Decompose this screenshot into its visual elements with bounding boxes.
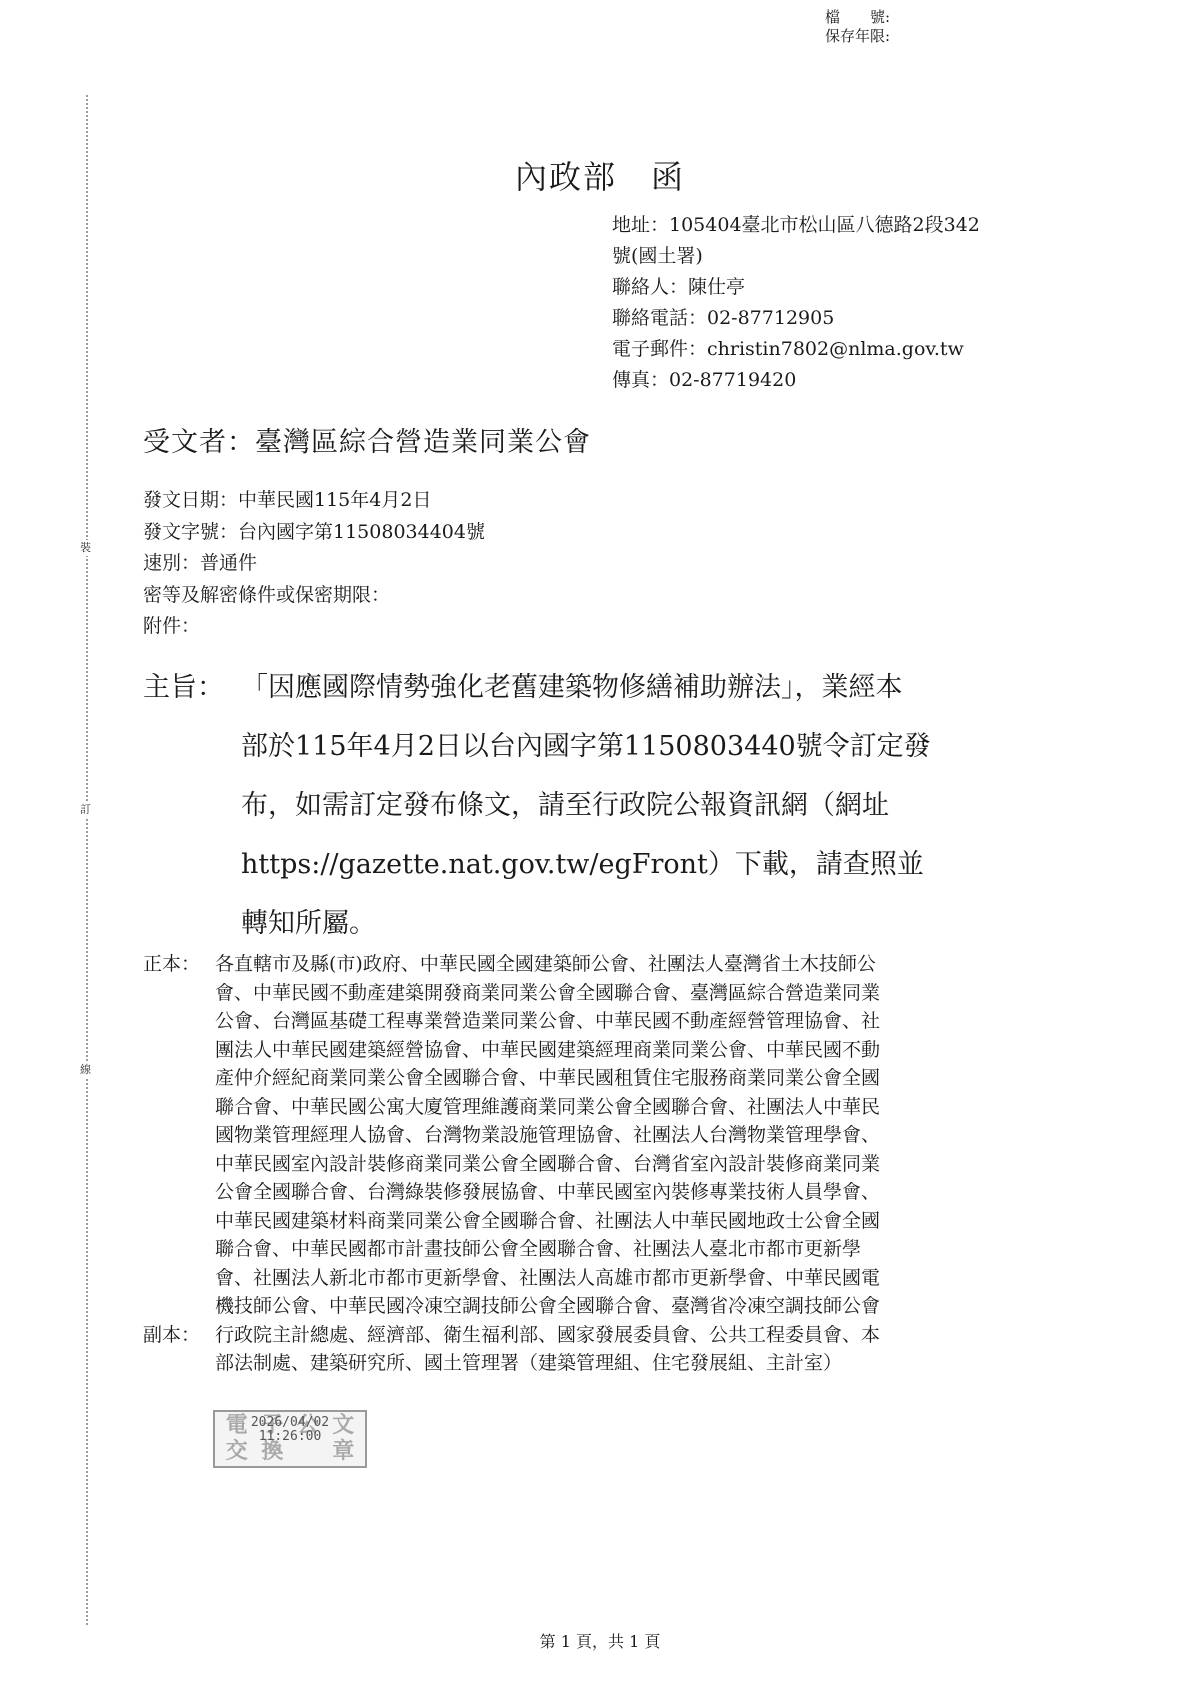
subject-line: 轉知所屬。 <box>243 894 1063 953</box>
sender-email: 電子郵件：christin7802@nlma.gov.tw <box>612 334 1072 365</box>
attachments: 附件： <box>143 611 485 643</box>
original-line: 各直轄市及縣(市)政府、中華民國全國建築師公會、社團法人臺灣省土木技師公 <box>215 950 1063 979</box>
original-line: 中華民國建築材料商業同業公會全國聯合會、社團法人中華民國地政士公會全國 <box>215 1207 1063 1236</box>
subject-line: 「因應國際情勢強化老舊建築物修繕補助辦法」，業經本 <box>243 658 1063 717</box>
original-line: 會、社團法人新北市都市更新學會、社團法人高雄市都市更新學會、中華民國電 <box>215 1264 1063 1293</box>
sender-phone: 聯絡電話：02-87712905 <box>612 303 1072 334</box>
binding-dotted-line <box>86 95 88 1625</box>
stamp-time: 11:26:00 <box>215 1430 365 1444</box>
original-line: 聯合會、中華民國公寓大廈管理維護商業同業公會全國聯合會、社團法人中華民 <box>215 1093 1063 1122</box>
original-line: 中華民國室內設計裝修商業同業公會全國聯合會、台灣省室內設計裝修商業同業 <box>215 1150 1063 1179</box>
file-meta: 檔 號: 保存年限: <box>825 8 890 46</box>
sender-fax: 傳真：02-87719420 <box>612 365 1072 396</box>
stamp-date: 2026/04/02 <box>215 1416 365 1430</box>
issue-date: 發文日期：中華民國115年4月2日 <box>143 485 485 517</box>
sender-address-cont: 號(國土署) <box>612 241 1072 272</box>
subject-line-url: https://gazette.nat.gov.tw/egFront）下載，請查… <box>243 835 1063 894</box>
document-title: 內政部 函 <box>0 152 1200 198</box>
original-recipients: 正本： 各直轄市及縣(市)政府、中華民國全國建築師公會、社團法人臺灣省土木技師公… <box>143 950 1063 1321</box>
electronic-exchange-stamp: 電 子 公 文 交 換 章 2026/04/02 11:26:00 <box>213 1410 367 1468</box>
document-fields: 發文日期：中華民國115年4月2日 發文字號：台內國字第11508034404號… <box>143 485 485 643</box>
original-line: 團法人中華民國建築經營協會、中華民國建築經理商業同業公會、中華民國不動 <box>215 1036 1063 1065</box>
original-line: 聯合會、中華民國都市計畫技師公會全國聯合會、社團法人臺北市都市更新學 <box>215 1235 1063 1264</box>
copy-recipients: 副本： 行政院主計總處、經濟部、衛生福利部、國家發展委員會、公共工程委員會、本 … <box>143 1321 1063 1378</box>
copy-line: 行政院主計總處、經濟部、衛生福利部、國家發展委員會、公共工程委員會、本 <box>215 1321 1063 1350</box>
document-number: 發文字號：台內國字第11508034404號 <box>143 517 485 549</box>
subject-line: 布，如需訂定發布條文，請至行政院公報資訊網（網址 <box>243 776 1063 835</box>
original-line: 國物業管理經理人協會、台灣物業設施管理協會、社團法人台灣物業管理學會、 <box>215 1121 1063 1150</box>
binding-mark-bind: 裝 <box>80 540 91 556</box>
original-label: 正本： <box>143 950 215 1321</box>
subject-body: 「因應國際情勢強化老舊建築物修繕補助辦法」，業經本 部於115年4月2日以台內國… <box>243 658 1063 953</box>
sender-contact: 聯絡人：陳仕亭 <box>612 272 1072 303</box>
sender-address: 地址：105404臺北市松山區八德路2段342 <box>612 210 1072 241</box>
original-line: 機技師公會、中華民國冷凍空調技師公會全國聯合會、臺灣省冷凍空調技師公會 <box>215 1292 1063 1321</box>
copy-label: 副本： <box>143 1321 215 1378</box>
confidentiality: 密等及解密條件或保密期限： <box>143 580 485 612</box>
urgency: 速別：普通件 <box>143 548 485 580</box>
copy-line: 部法制處、建築研究所、國土管理署（建築管理組、住宅發展組、主計室） <box>215 1349 1063 1378</box>
page-number-footer: 第 1 頁，共 1 頁 <box>0 1629 1200 1652</box>
original-line: 公會、台灣區基礎工程專業營造業同業公會、中華民國不動產經營管理協會、社 <box>215 1007 1063 1036</box>
original-line: 會、中華民國不動產建築開發商業同業公會全國聯合會、臺灣區綜合營造業同業 <box>215 979 1063 1008</box>
original-line: 產仲介經紀商業同業公會全國聯合會、中華民國租賃住宅服務商業同業公會全國 <box>215 1064 1063 1093</box>
binding-mark-line: 線 <box>80 1062 91 1078</box>
recipient: 受文者：臺灣區綜合營造業同業公會 <box>143 420 591 459</box>
subject-line: 部於115年4月2日以台內國字第1150803440號令訂定發 <box>243 717 1063 776</box>
subject-label: 主旨： <box>143 658 224 717</box>
subject-section: 主旨： 「因應國際情勢強化老舊建築物修繕補助辦法」，業經本 部於115年4月2日… <box>143 658 1063 953</box>
file-number-label: 檔 號: <box>825 8 890 27</box>
sender-info: 地址：105404臺北市松山區八德路2段342 號(國土署) 聯絡人：陳仕亭 聯… <box>612 210 1072 396</box>
retention-label: 保存年限: <box>825 27 890 46</box>
distribution-section: 正本： 各直轄市及縣(市)政府、中華民國全國建築師公會、社團法人臺灣省土木技師公… <box>143 950 1063 1378</box>
binding-mark-staple: 訂 <box>80 802 91 818</box>
original-line: 公會全國聯合會、台灣綠裝修發展協會、中華民國室內裝修專業技術人員學會、 <box>215 1178 1063 1207</box>
